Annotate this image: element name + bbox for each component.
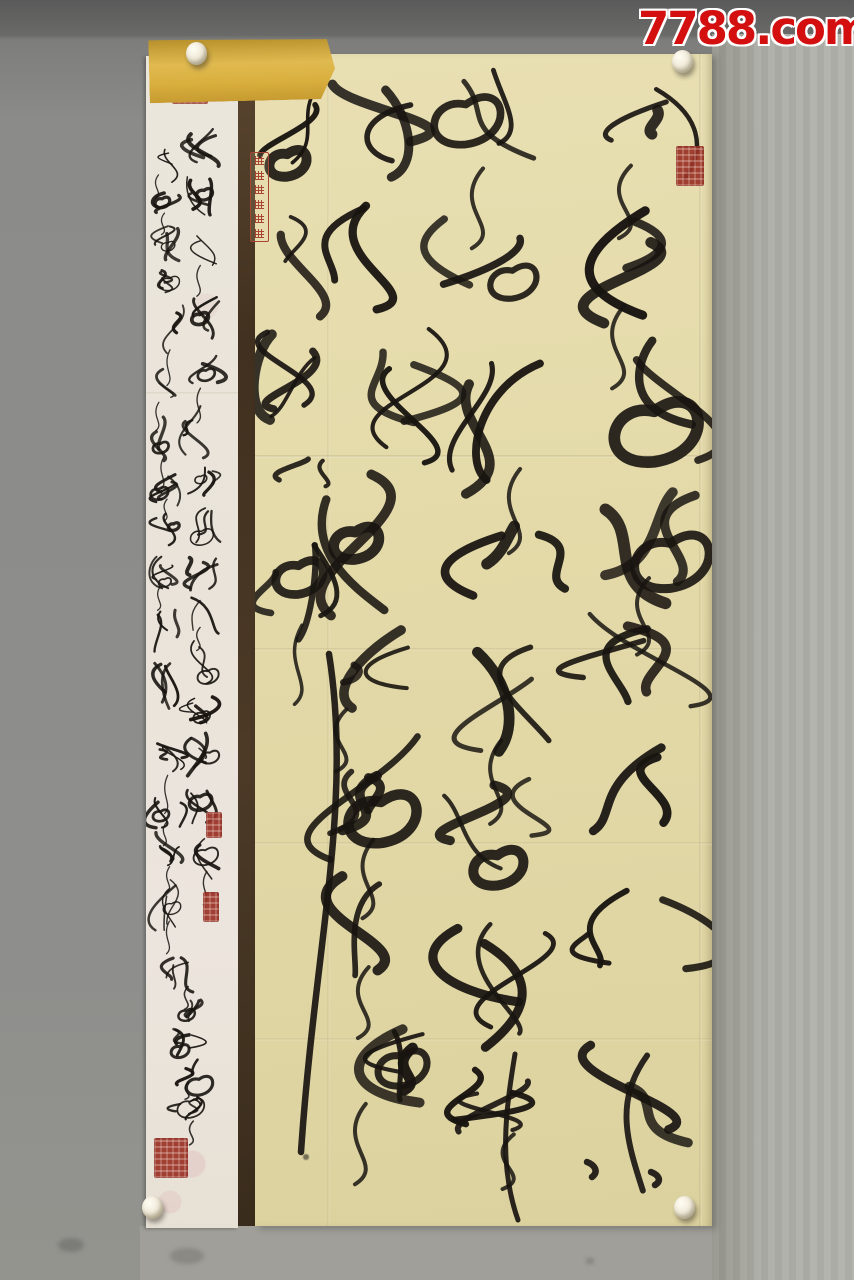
pushpin-bottom-right <box>674 1196 695 1219</box>
wall-stain <box>586 1258 594 1264</box>
wall-bottom <box>140 1226 712 1280</box>
wall-right <box>712 34 854 1280</box>
paper-speck <box>303 1154 309 1160</box>
yellow-tape <box>148 36 335 104</box>
label-glyph <box>255 171 264 180</box>
collector-label <box>250 152 269 242</box>
site-watermark: 7788.com <box>638 2 854 55</box>
paper-right-seal <box>676 146 704 186</box>
label-glyph <box>255 156 264 165</box>
strip-small-seal-upper <box>206 812 222 838</box>
wall-stain <box>170 1248 204 1264</box>
label-glyph <box>255 214 264 223</box>
strip-small-seal-lower <box>203 892 219 922</box>
label-glyph <box>255 229 264 238</box>
label-glyph <box>255 185 264 194</box>
side-calligraphy <box>146 56 238 1228</box>
strip-bottom-seal <box>154 1138 188 1178</box>
pushpin-top-left <box>186 42 207 65</box>
pushpin-bottom-left <box>142 1196 163 1219</box>
label-glyph <box>255 200 264 209</box>
photo-scene: 7788.com <box>0 0 854 1280</box>
main-calligraphy <box>255 54 712 1226</box>
wall-stain <box>58 1238 84 1252</box>
